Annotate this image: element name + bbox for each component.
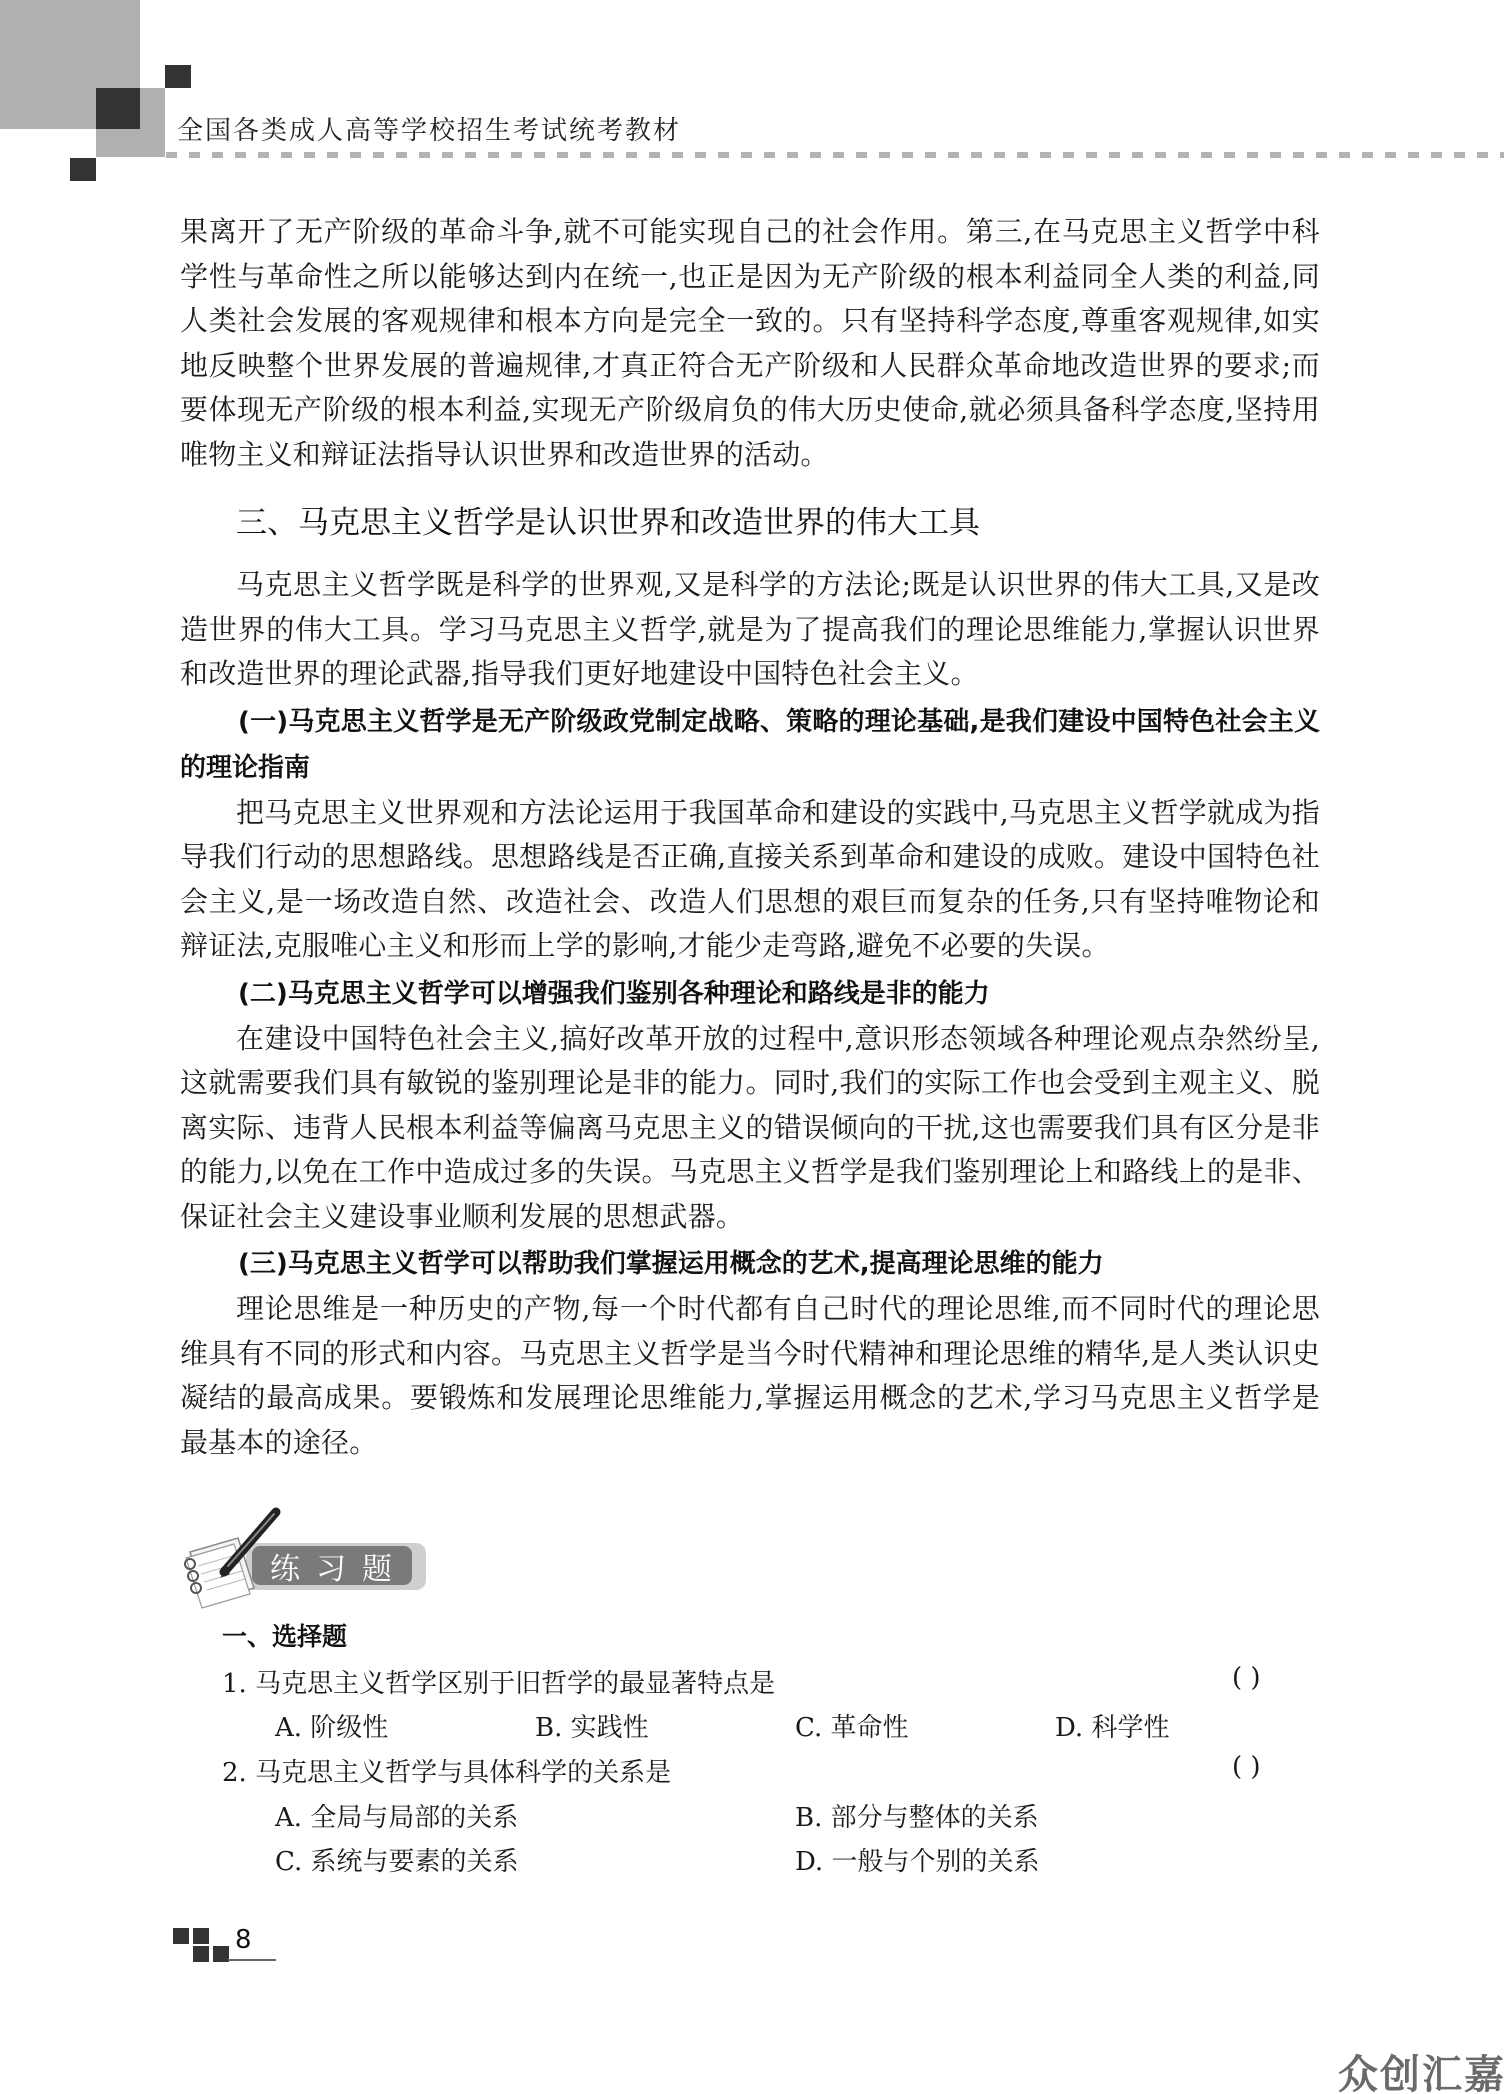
page-content: 果离开了无产阶级的革命斗争,就不可能实现自己的社会作用。第三,在马克思主义哲学中…: [180, 210, 1320, 1465]
paragraph: 马克思主义哲学既是科学的世界观,又是科学的方法论;既是认识世界的伟大工具,又是改…: [180, 563, 1320, 697]
answer-blank[interactable]: ( ): [1232, 1663, 1261, 1693]
header-decoration-square: [96, 88, 140, 129]
question-stem: 1. 马克思主义哲学区别于旧哲学的最显著特点是: [222, 1663, 775, 1700]
answer-blank[interactable]: ( ): [1232, 1752, 1261, 1782]
option-b: B. 部分与整体的关系: [795, 1797, 1039, 1834]
subsection-heading: (一)马克思主义哲学是无产阶级政党制定战略、策略的理论基础,是我们建设中国特色社…: [180, 699, 1320, 791]
footer-rule: [228, 1959, 276, 1961]
pen-and-notepad-icon: [176, 1500, 286, 1610]
subsection-heading: (二)马克思主义哲学可以增强我们鉴别各种理论和路线是非的能力: [180, 971, 1320, 1017]
watermark: 众创汇嘉: [1338, 2043, 1504, 2094]
page-number: 8: [235, 1925, 252, 1955]
option-c: C. 系统与要素的关系: [275, 1841, 519, 1878]
paragraph: 在建设中国特色社会主义,搞好改革开放的过程中,意识形态领域各种理论观点杂然纷呈,…: [180, 1017, 1320, 1240]
subsection-heading: (三)马克思主义哲学可以帮助我们掌握运用概念的艺术,提高理论思维的能力: [180, 1241, 1320, 1287]
header-decoration-square: [165, 65, 191, 88]
footer-decoration-square: [213, 1946, 229, 1962]
question-section-title: 一、选择题: [222, 1617, 347, 1653]
header-decoration-square: [70, 158, 96, 181]
footer-decoration-square: [173, 1928, 189, 1944]
section-heading: 三、马克思主义哲学是认识世界和改造世界的伟大工具: [236, 501, 1320, 545]
exercise-banner: 练习题: [176, 1500, 436, 1610]
paragraph: 果离开了无产阶级的革命斗争,就不可能实现自己的社会作用。第三,在马克思主义哲学中…: [180, 210, 1320, 477]
option-a: A. 阶级性: [275, 1707, 388, 1744]
option-a: A. 全局与局部的关系: [275, 1797, 518, 1834]
paragraph: 理论思维是一种历史的产物,每一个时代都有自己时代的理论思维,而不同时代的理论思维…: [180, 1287, 1320, 1465]
option-b: B. 实践性: [535, 1707, 649, 1744]
question-stem: 2. 马克思主义哲学与具体科学的关系是: [222, 1752, 671, 1789]
option-c: C. 革命性: [795, 1707, 909, 1744]
footer-decoration-square: [193, 1946, 209, 1962]
option-d: D. 一般与个别的关系: [795, 1841, 1039, 1878]
paragraph: 把马克思主义世界观和方法论运用于我国革命和建设的实践中,马克思主义哲学就成为指导…: [180, 791, 1320, 969]
header-dotted-rule: [166, 152, 1504, 158]
running-header-title: 全国各类成人高等学校招生考试统考教材: [177, 110, 681, 147]
option-d: D. 科学性: [1055, 1707, 1169, 1744]
footer-decoration-square: [193, 1928, 209, 1944]
